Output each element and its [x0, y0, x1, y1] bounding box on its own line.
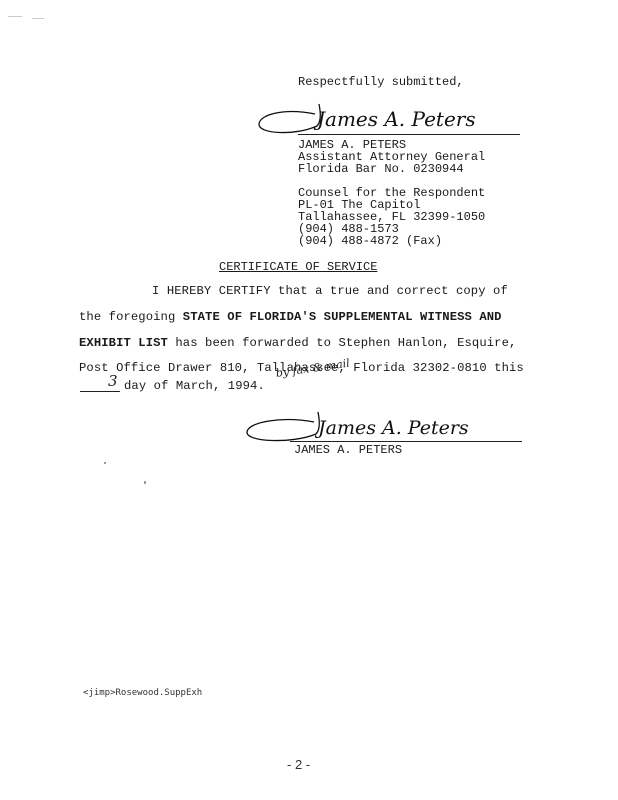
svg-text:James A. Peters: James A. Peters — [313, 107, 476, 131]
signature-line — [298, 134, 520, 135]
certificate-text: has been forwarded to Stephen Hanlon, Es… — [168, 336, 516, 350]
certificate-line-5: day of March, 1994. — [124, 380, 265, 393]
svg-text:James A. Peters: James A. Peters — [314, 417, 469, 439]
day-blank-line — [80, 391, 120, 392]
bar-number: Florida Bar No. 0230944 — [298, 163, 464, 176]
scan-speck — [144, 481, 146, 484]
certificate-text: the foregoing — [79, 310, 183, 324]
document-title: STATE OF FLORIDA'S SUPPLEMENTAL WITNESS … — [183, 310, 502, 324]
signature-image: James A. Peters — [255, 96, 485, 138]
handwritten-day: 3 — [108, 372, 118, 390]
scan-artifact — [32, 18, 44, 19]
signature-line — [290, 441, 522, 442]
scan-artifact — [8, 16, 22, 17]
certificate-line-1: I HEREBY CERTIFY that a true and correct… — [152, 285, 508, 298]
closing-text: Respectfully submitted, — [298, 76, 464, 89]
scan-speck — [104, 462, 106, 464]
certificate-line-2: the foregoing STATE OF FLORIDA'S SUPPLEM… — [79, 311, 502, 324]
document-title: EXHIBIT LIST — [79, 336, 168, 350]
second-attorney-name: JAMES A. PETERS — [294, 444, 402, 457]
document-reference: <jimp>Rosewood.SuppExh — [83, 688, 202, 698]
fax-number: (904) 488-4872 (Fax) — [298, 235, 442, 248]
certificate-line-3: EXHIBIT LIST has been forwarded to Steph… — [79, 337, 516, 350]
page-number: - 2 - — [287, 757, 310, 772]
certificate-heading: CERTIFICATE OF SERVICE — [219, 261, 377, 274]
